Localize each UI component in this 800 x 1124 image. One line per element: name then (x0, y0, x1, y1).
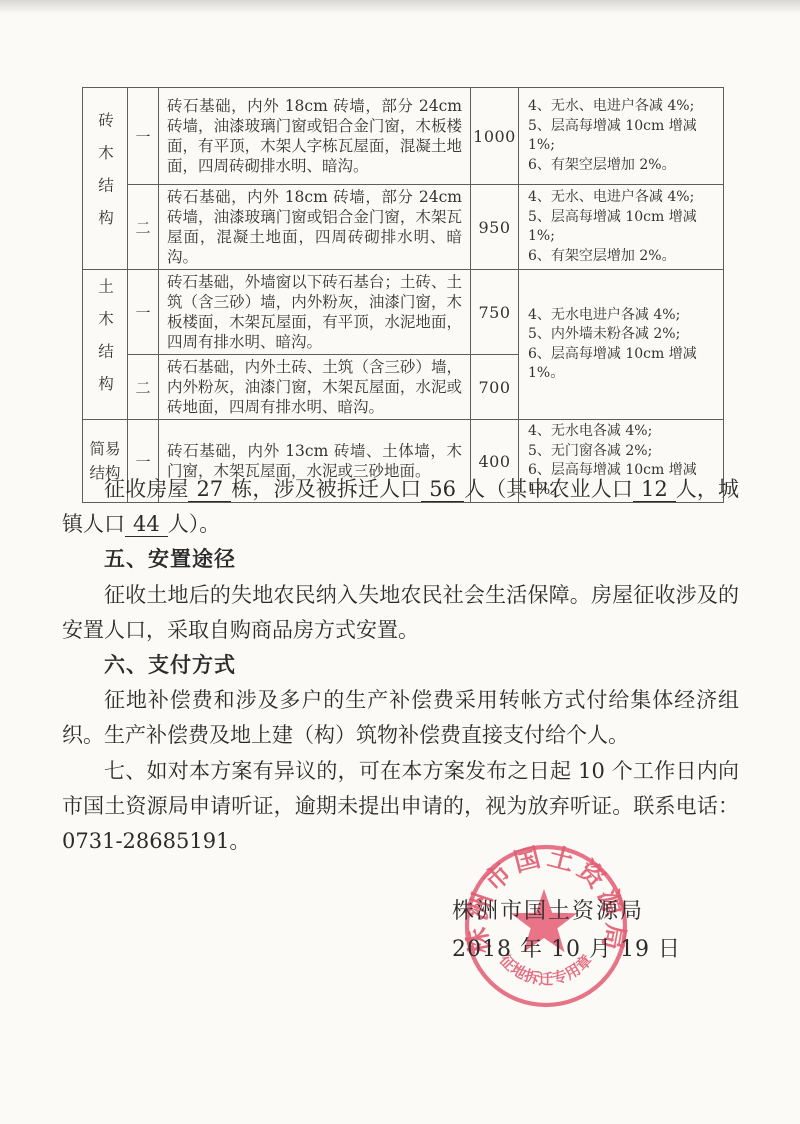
notes-cell: 4、无水、电进户各减 4%; 5、层高每增减 10cm 增减 1%; 6、有架空… (519, 88, 724, 185)
structure-type-label: 砖木结构 (94, 112, 116, 242)
relocated-people-count: 56 (421, 477, 464, 502)
price-cell: 950 (471, 185, 519, 270)
description-cell: 砖石基础，内外土砖、土筑（含三砂）墙，内外粉灰，油漆门窗，木架瓦屋面，水泥或砖地… (159, 355, 471, 420)
grade-cell: 一 (128, 270, 159, 355)
scan-edge-shadow (0, 0, 800, 14)
grade-cell: 一 (128, 88, 159, 185)
agricultural-people-count: 12 (633, 477, 676, 502)
grade-cell: 二 (128, 355, 159, 420)
section5-heading: 五、安置途径 (62, 542, 739, 577)
table-row: 砖木结构 一 砖石基础，内外 18cm 砖墙，部分 24cm 砖墙，油漆玻璃门窗… (83, 88, 724, 185)
census-seg2: 栋，涉及被拆迁人口 (231, 477, 421, 501)
grade-cell: 二 (128, 185, 159, 270)
table-row: 土木结构 一 砖石基础，外墙窗以下砖石基台；土砖、土筑（含三砂）墙，内外粉灰，油… (83, 270, 724, 355)
notes-cell: 4、无水、电进户各减 4%; 5、层高每增减 10cm 增减 1%; 6、有架空… (519, 185, 724, 270)
census-seg5: 人）。 (168, 512, 221, 536)
signature-block: 株洲市国土资源局 2018 年 10 月 19 日 (452, 899, 681, 963)
description-cell: 砖石基础，内外 18cm 砖墙，部分 24cm 砖墙，油漆玻璃门窗或铝合金门窗，… (159, 88, 471, 185)
urban-people-count: 44 (125, 512, 168, 537)
price-cell: 750 (471, 270, 519, 355)
document-page: 砖木结构 一 砖石基础，内外 18cm 砖墙，部分 24cm 砖墙，油漆玻璃门窗… (0, 0, 800, 1124)
price-cell: 1000 (471, 88, 519, 185)
table-row: 二 砖石基础，内外 18cm 砖墙，部分 24cm 砖墙，油漆玻璃门窗或铝合金门… (83, 185, 724, 270)
structure-type-cell: 砖木结构 (83, 88, 128, 270)
signature-agency: 株洲市国土资源局 (452, 899, 681, 925)
description-cell: 砖石基础，外墙窗以下砖石基台；土砖、土筑（含三砂）墙，内外粉灰，油漆门窗，木板楼… (159, 270, 471, 355)
buildings-count: 27 (188, 477, 231, 502)
census-paragraph: 征收房屋27栋，涉及被拆迁人口56人（其中农业人口12人，城镇人口44人）。 (62, 472, 739, 542)
compensation-table: 砖木结构 一 砖石基础，内外 18cm 砖墙，部分 24cm 砖墙，油漆玻璃门窗… (82, 87, 724, 503)
price-cell: 700 (471, 355, 519, 420)
section6-heading: 六、支付方式 (62, 648, 739, 683)
section6-body: 征地补偿费和涉及多户的生产补偿费采用转帐方式付给集体经济组织。生产补偿费及地上建… (62, 683, 739, 753)
signature-date: 2018 年 10 月 19 日 (452, 937, 681, 963)
structure-type-label: 土木结构 (94, 278, 116, 408)
census-seg1: 征收房屋 (104, 477, 188, 501)
description-cell: 砖石基础，内外 18cm 砖墙，部分 24cm 砖墙，油漆玻璃门窗或铝合金门窗，… (159, 185, 471, 270)
notes-cell: 4、无水电进户各减 4%; 5、内外墙未粉各减 2%; 6、层高每增减 10cm… (519, 270, 724, 420)
section5-body: 征收土地后的失地农民纳入失地农民社会生活保障。房屋征收涉及的安置人口，采取自购商… (62, 578, 739, 648)
document-body: 征收房屋27栋，涉及被拆迁人口56人（其中农业人口12人，城镇人口44人）。 五… (62, 472, 739, 859)
structure-type-cell: 土木结构 (83, 270, 128, 420)
census-seg3: 人（其中农业人口 (464, 477, 633, 501)
